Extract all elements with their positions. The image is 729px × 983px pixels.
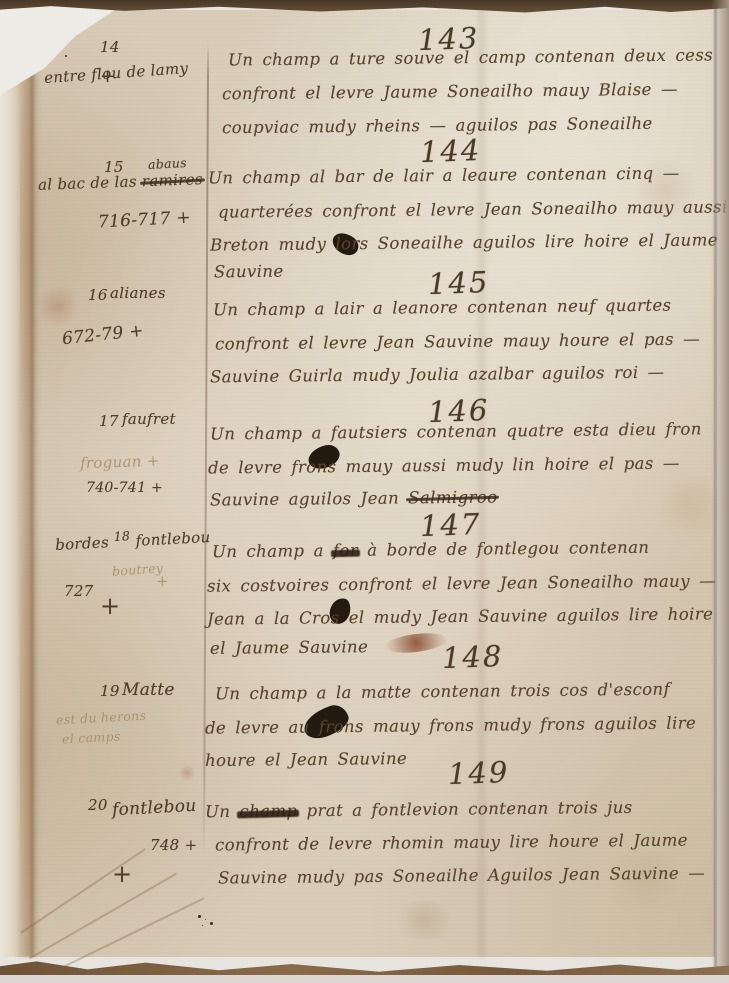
margin-place: Matte: [122, 680, 175, 700]
entry-line: Un champ a la matte contenan trois cos d…: [215, 680, 670, 704]
margin-parcel-refs: 727: [64, 582, 94, 600]
entry-line: el Jaume Sauvine: [210, 637, 368, 658]
margin-lot: 19: [100, 682, 120, 700]
struck-word: for: [333, 541, 358, 560]
entry-line: Sauvine Guirla mudy Joulia azalbar aguil…: [210, 363, 665, 387]
entry-line: quarterées confront el levre Jean Soneai…: [218, 197, 728, 221]
manuscript-page: 143 14 + entre flou de lamy Un champ a t…: [0, 10, 715, 957]
entry-line: confront el levre Jean Sauvine mauy hour…: [215, 329, 700, 353]
entry-line: confront el levre Jaume Soneailho mauy B…: [222, 80, 678, 104]
struck-word: champ: [239, 801, 297, 821]
page-right-edge-shadow: [714, 0, 717, 983]
entry-line: Un champ a ture souve el camp contenan d…: [228, 45, 713, 69]
entry-line-text: Un champ a: [212, 541, 333, 561]
margin-cross-icon: +: [100, 592, 120, 620]
entry-line: Un champ a lair a leanore contenan neuf …: [213, 296, 672, 320]
section-number: 149: [447, 755, 510, 791]
entry-line: Un champ prat a fontlevion contenan troi…: [205, 798, 633, 821]
margin-correction: abaus: [148, 155, 188, 172]
entry-line-text: Un: [205, 802, 240, 821]
margin-place-text: bordes: [55, 533, 110, 554]
page-stack-edge: [0, 10, 20, 957]
margin-lot: 16: [88, 286, 108, 304]
struck-word: ramires: [142, 170, 204, 190]
entry-line: Un champ a for à borde de fontlegou cont…: [212, 538, 650, 562]
foxing-stain: [35, 285, 81, 327]
margin-faint-note: est du herons: [56, 708, 147, 728]
red-ink-smear: [384, 630, 448, 655]
smudge-stain: [390, 900, 460, 940]
section-number: 144: [419, 133, 482, 169]
entry-line: confront de levre rhomin mauy lire houre…: [215, 831, 688, 855]
margin-parcel-refs: 716-717 +: [98, 208, 192, 233]
entry-line: houre el Jean Sauvine: [205, 749, 407, 770]
entry-line: Un champ al bar de lair a leaure contena…: [208, 164, 680, 188]
photo-bottom-strip: [0, 975, 729, 983]
margin-lot: 20: [88, 796, 108, 814]
margin-place: bordes 18 fontlebou: [55, 524, 211, 554]
margin-superscript: 18: [113, 528, 130, 544]
margin-lot: 17: [99, 412, 119, 430]
entry-line: Sauvine mudy pas Soneailhe Aguilos Jean …: [218, 863, 705, 887]
entry-line: Breton mudy lors Soneailhe aguilos lire …: [210, 230, 718, 254]
margin-place: faufret: [122, 410, 176, 428]
section-number: 147: [419, 507, 482, 543]
margin-place: fontlebou: [112, 796, 198, 820]
margin-place: entre flou de lamy: [44, 59, 189, 87]
margin-parcel-refs: 740-741 +: [86, 480, 163, 496]
section-number: 148: [441, 639, 504, 675]
entry-line-text: prat a fontlevion contenan trois jus: [297, 798, 632, 821]
section-number: 145: [427, 265, 490, 301]
binding-crease: [18, 10, 40, 957]
ink-specks: [198, 915, 201, 918]
entry-line-text: à borde de fontlegou contenan: [358, 538, 650, 560]
manuscript-photo: 143 14 + entre flou de lamy Un champ a t…: [0, 0, 729, 983]
margin-faint-note: froguan +: [80, 452, 160, 473]
margin-faint-note: el camps: [62, 728, 121, 746]
margin-parcel-refs: 748 +: [150, 836, 197, 854]
margin-parcel-refs: 672-79 +: [61, 321, 145, 349]
entry-line: Un champ a fautsiers contenan quatre est…: [210, 419, 702, 443]
margin-place: al bac de las ramires: [38, 170, 203, 194]
red-stain: [178, 765, 196, 781]
margin-place: alianes: [110, 284, 166, 302]
entry-line: Sauvine: [214, 262, 284, 282]
entry-line-text: Sauvine aguilos Jean: [210, 488, 408, 509]
binding-crease-line: [30, 10, 34, 957]
margin-lot: 14: [100, 38, 120, 56]
entry-line: de levre au frons mauy frons mudy frons …: [205, 713, 696, 737]
entry-line: six costvoires confront el levre Jean So…: [207, 571, 716, 595]
margin-faint-cross-icon: +: [156, 572, 169, 590]
entry-line: Sauvine aguilos Jean Salmigroo: [210, 487, 498, 509]
struck-word: Salmigroo: [408, 487, 497, 507]
margin-place-text: fontlebou: [135, 528, 211, 550]
entry-line: de levre frons mauy aussi mudy lin hoire…: [208, 454, 680, 478]
margin-place-text: al bac de las: [38, 172, 137, 193]
entry-line: Jean a la Cros el mudy Jean Sauvine agui…: [207, 604, 713, 628]
